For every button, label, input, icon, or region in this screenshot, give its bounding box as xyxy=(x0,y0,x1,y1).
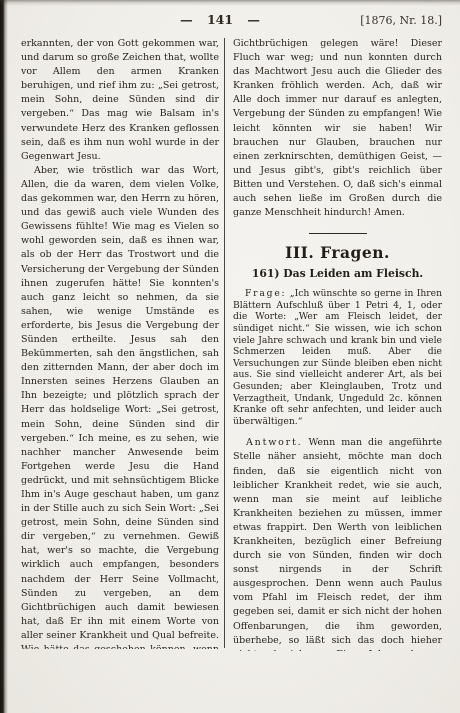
left-column: erkannten, der von Gott gekommen war, un… xyxy=(21,37,219,649)
question-lead: Frage: xyxy=(245,288,286,299)
answer-paragraph: Antwort. Wenn man die angeführte Stelle … xyxy=(233,436,442,651)
answer-text: Wenn man die angeführte Stelle näher ans… xyxy=(233,437,442,651)
left-paragraph-1: erkannten, der von Gott gekommen war, un… xyxy=(21,37,219,164)
right-paragraph-continuation: Gichtbrüchigen gelegen wäre! Dieser Fluc… xyxy=(233,37,442,220)
left-paragraph-2: Aber, wie tröstlich war das Wort, Allen,… xyxy=(21,164,219,649)
scanned-page: — 141 — [1876, Nr. 18.] erkannten, der v… xyxy=(0,0,460,713)
section-heading: III. Fragen. xyxy=(233,243,442,262)
answer-lead: Antwort. xyxy=(246,437,302,448)
column-divider-rule xyxy=(224,38,225,648)
article-heading: 161) Das Leiden am Fleisch. xyxy=(233,267,442,280)
section-divider-rule xyxy=(309,233,367,234)
question-text: „Ich wünschte so gerne in Ihren Blättern… xyxy=(233,288,442,427)
right-column: Gichtbrüchigen gelegen wäre! Dieser Fluc… xyxy=(233,37,442,651)
issue-label: [1876, Nr. 18.] xyxy=(360,14,442,27)
question-paragraph: Frage: „Ich wünschte so gerne in Ihren B… xyxy=(233,288,442,427)
scan-edge-top xyxy=(0,0,460,6)
scan-edge-left xyxy=(0,0,8,713)
